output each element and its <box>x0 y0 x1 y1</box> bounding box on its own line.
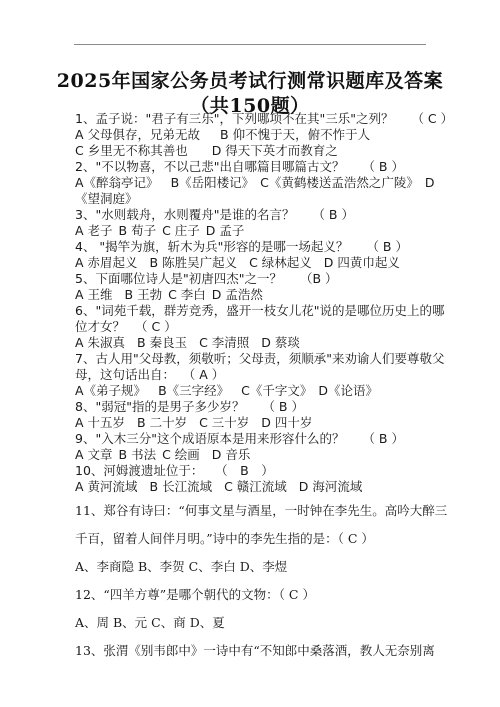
question-6-cont: 位才女？（ C ） <box>75 319 435 335</box>
options-row: A、周 B、元 C、商 D、夏 <box>75 609 435 637</box>
option-a: A 朱淑真 <box>75 335 125 351</box>
option-b: B 书法 <box>119 447 157 463</box>
answer: （ C ） <box>411 111 453 126</box>
option-c: C《千字文》 <box>241 383 312 399</box>
question-11-cont: 千百，留着人间伴月明。”诗中的李先生指的是：（ C ） <box>75 525 435 553</box>
answer: （ B ） <box>362 431 404 446</box>
option-b: B 王勃 <box>125 287 163 303</box>
option-d: D 蔡琰 <box>261 335 300 351</box>
options-row: A、李商隐 B、李贺 C、李白 D、李煜 <box>75 553 435 581</box>
question-3: 3、"水则载舟，水则覆舟"是谁的名言？（ B ） <box>75 207 435 223</box>
question-2: 2、"不以物喜，不以己悲"出自哪篇目哪篇古文？（ B ） <box>75 159 435 175</box>
option-c: C 绘画 <box>162 447 200 463</box>
answer: （ B ） <box>366 239 408 254</box>
options-row: A 十五岁B 二十岁C 三十岁D 四十岁 <box>75 415 435 431</box>
header-rule <box>74 44 426 45</box>
options-row: A 文章B 书法C 绘画D 音乐 <box>75 447 435 463</box>
question-text: 12、“四羊方尊”是哪个朝代的文物： <box>75 587 279 602</box>
option-d: D 四黄巾起义 <box>324 255 400 271</box>
question-text: 6、"词苑千载，群芳竞秀，盛开一枝女儿花"说的是哪位历史上的哪 <box>75 303 444 318</box>
option-a: A《醉翁亭记》 <box>75 175 159 191</box>
options-row: A 朱淑真B 秦良玉C 李清照D 蔡琰 <box>75 335 435 351</box>
option-c: C 三十岁 <box>199 415 249 431</box>
document-title: 2025年国家公务员考试行测常识题库及答案 <box>0 66 500 93</box>
options-row: C 乡里无不称其善也D 得天下英才而教育之 <box>75 143 435 159</box>
answer: （ C ） <box>135 319 177 334</box>
question-text: 1、孟子说："君子有三乐"，下列哪项不在其"三乐"之列？ <box>75 111 393 126</box>
option-b: B 长江流域 <box>150 479 213 495</box>
option-b: B《岳阳楼记》 <box>171 175 255 191</box>
answer: （ B ） <box>262 399 304 414</box>
question-8: 8、"弱冠"指的是男子多少岁？（ B ） <box>75 399 435 415</box>
question-text: 10、河姆渡遗址位于： <box>75 463 203 478</box>
question-5: 5、下面哪位诗人是"初唐四杰"之一？（B ） <box>75 271 435 287</box>
option-d: D 孟子 <box>206 223 245 239</box>
option-a: A《弟子规》 <box>75 383 146 399</box>
question-12: 12、“四羊方尊”是哪个朝代的文物：（ C ） <box>75 581 435 609</box>
option-c: C 庄子 <box>162 223 200 239</box>
question-text: 2、"不以物喜，不以己悲"出自哪篇目哪篇古文？ <box>75 159 344 174</box>
question-text: 4、 "揭竿为旗，斩木为兵"形容的是哪一场起义？ <box>75 239 348 254</box>
options-row: A 王维B 王勃C 李白D 孟浩然 <box>75 287 435 303</box>
answer: （ B ） <box>312 207 354 222</box>
options-row: A 老子B 荀子C 庄子D 孟子 <box>75 223 435 239</box>
option-d: D 海河流域 <box>299 479 363 495</box>
question-10: 10、河姆渡遗址位于：（ B ） <box>75 463 435 479</box>
question-text-cont: 千百，留着人间伴月明。”诗中的李先生指的是： <box>75 531 338 546</box>
options-row: A《弟子规》B《三字经》C《千字文》D《论语》 <box>75 383 435 399</box>
question-text: 5、下面哪位诗人是"初唐四杰"之一？ <box>75 271 282 286</box>
question-list: 1、孟子说："君子有三乐"，下列哪项不在其"三乐"之列？（ C ） A 父母俱存… <box>75 111 435 665</box>
option-a: A 父母俱存，兄弟无故 <box>75 127 200 143</box>
option-d: D 四十岁 <box>261 415 312 431</box>
option-b: B 秦良玉 <box>137 335 187 351</box>
option-d-text: 《望洞庭》 <box>75 191 138 207</box>
option-b: B 荀子 <box>119 223 157 239</box>
options-row: A 黄河流域B 长江流域C 赣江流域D 海河流域 <box>75 479 435 495</box>
answer: （ C ） <box>338 531 374 546</box>
option-b: B《三字经》 <box>158 383 229 399</box>
question-11: 11、郑谷有诗曰：“何事文星与酒星，一时钟在李先生。高吟大醉三 <box>75 497 435 525</box>
option-c: C 李清照 <box>199 335 249 351</box>
option-d: D 音乐 <box>212 447 251 463</box>
question-4: 4、 "揭竿为旗，斩木为兵"形容的是哪一场起义？（ B ） <box>75 239 435 255</box>
question-text: 11、郑谷有诗曰：“何事文星与酒星，一时钟在李先生。高吟大醉三 <box>75 503 447 518</box>
option-a: A 老子 <box>75 223 113 239</box>
question-text: 3、"水则载舟，水则覆舟"是谁的名言？ <box>75 207 294 222</box>
answer: （ B ） <box>221 463 273 478</box>
option-d: D 孟浩然 <box>212 287 263 303</box>
options-row: A 父母俱存，兄弟无故B 仰不愧于天，俯不怍于人 <box>75 127 435 143</box>
answer: （B ） <box>300 271 338 286</box>
answer: （ B ） <box>362 159 404 174</box>
option-d: D 得天下英才而教育之 <box>212 143 338 159</box>
option-c: C 赣江流域 <box>224 479 287 495</box>
options-text: A、李商隐 B、李贺 C、李白 D、李煜 <box>75 559 287 574</box>
answer: （ C ） <box>279 587 315 602</box>
option-d: D《论语》 <box>318 383 378 399</box>
options-row: A《醉翁亭记》B《岳阳楼记》C《黄鹤楼送孟浩然之广陵》D <box>75 175 435 191</box>
question-text: 7、古人用"父母教，须敬听；父母责，须顺承"来劝谕人们要尊敬父 <box>75 351 444 366</box>
options-row: A 赤眉起义B 陈胜吴广起义C 绿林起义D 四黄巾起义 <box>75 255 435 271</box>
option-a: A 黄河流域 <box>75 479 138 495</box>
question-13: 13、张渭《别韦郎中》一诗中有“不知郎中桑落酒，教人无奈别离 <box>75 637 435 665</box>
option-c: C 乡里无不称其善也 <box>75 143 188 159</box>
option-a: A 王维 <box>75 287 113 303</box>
question-text: 8、"弱冠"指的是男子多少岁？ <box>75 399 244 414</box>
answer: （ A ） <box>189 367 224 382</box>
option-a: A 十五岁 <box>75 415 125 431</box>
options-text: A、周 B、元 C、商 D、夏 <box>75 615 225 630</box>
question-text: 13、张渭《别韦郎中》一诗中有“不知郎中桑落酒，教人无奈别离 <box>75 643 435 658</box>
options-row: 《望洞庭》 <box>75 191 435 207</box>
option-a: A 赤眉起义 <box>75 255 138 271</box>
option-c: C 绿林起义 <box>249 255 312 271</box>
question-text: 9、"入木三分"这个成语原本是用来形容什么的？ <box>75 431 344 446</box>
option-c: C 李白 <box>168 287 206 303</box>
question-7-cont: 母，这句话出自：（ A ） <box>75 367 435 383</box>
option-b: B 陈胜吴广起义 <box>150 255 238 271</box>
question-6: 6、"词苑千载，群芳竞秀，盛开一枝女儿花"说的是哪位历史上的哪 <box>75 303 435 319</box>
option-b: B 仰不愧于天，俯不怍于人 <box>220 127 370 143</box>
option-b: B 二十岁 <box>137 415 187 431</box>
question-text-cont: 母，这句话出自： <box>75 367 175 382</box>
option-a: A 文章 <box>75 447 113 463</box>
option-c: C《黄鹤楼送孟浩然之广陵》 <box>260 175 419 191</box>
question-7: 7、古人用"父母教，须敬听；父母责，须顺承"来劝谕人们要尊敬父 <box>75 351 435 367</box>
option-d: D <box>425 175 435 191</box>
question-1: 1、孟子说："君子有三乐"，下列哪项不在其"三乐"之列？（ C ） <box>75 111 435 127</box>
question-9: 9、"入木三分"这个成语原本是用来形容什么的？（ B ） <box>75 431 435 447</box>
question-text-cont: 位才女？ <box>75 319 125 334</box>
